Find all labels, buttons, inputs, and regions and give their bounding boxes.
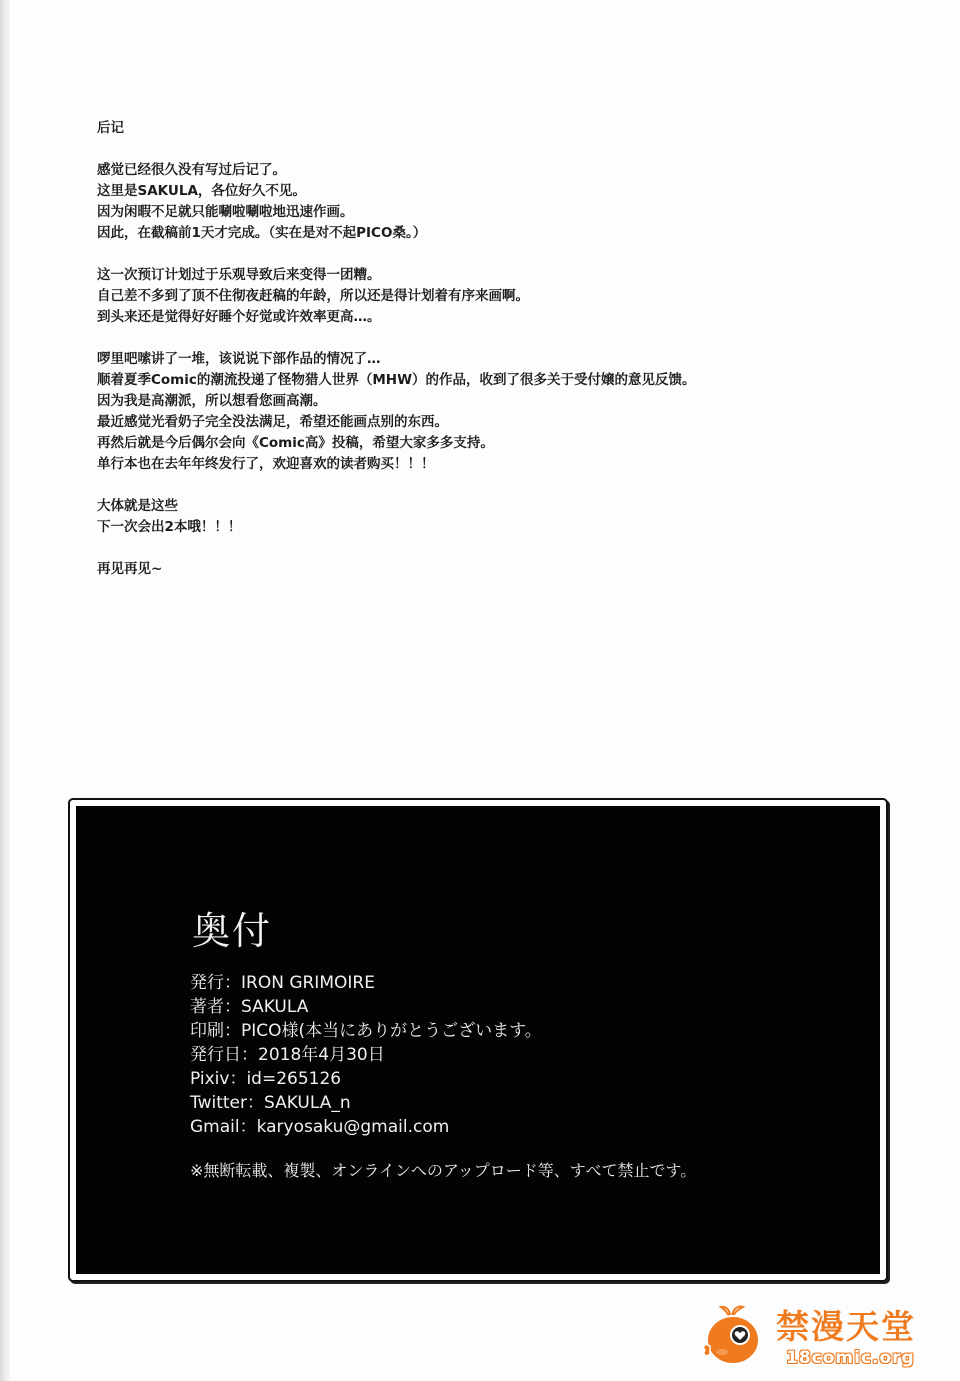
watermark-site-url: 18comic.org	[786, 1348, 915, 1368]
colophon-author: 著者：SAKULA	[190, 995, 542, 1019]
afterword-line: 因为闲暇不足就只能唰啦唰啦地迅速作画。	[97, 202, 877, 223]
site-watermark: 禁漫天堂 18comic.org	[700, 1302, 930, 1372]
afterword-line: 感觉已经很久没有写过后记了。	[97, 160, 877, 181]
afterword-line: 啰里吧嗦讲了一堆，该说说下部作品的情况了…	[97, 349, 877, 370]
afterword-line: 这里是SAKULA，各位好久不见。	[97, 181, 877, 202]
colophon-box: 奥付 発行：IRON GRIMOIRE 著者：SAKULA 印刷：PICO様(本…	[68, 798, 888, 1282]
afterword-line: 下一次会出2本哦！！！	[97, 517, 877, 538]
watermark-site-name: 禁漫天堂	[776, 1308, 916, 1346]
afterword-line: 自己差不多到了顶不住彻夜赶稿的年龄，所以还是得计划着有序来画啊。	[97, 286, 877, 307]
colophon-pixiv: Pixiv：id=265126	[190, 1067, 542, 1091]
colophon-publish-date: 発行日：2018年4月30日	[190, 1043, 542, 1067]
afterword-paragraph: 这一次预订计划过于乐观导致后来变得一团糟。 自己差不多到了顶不住彻夜赶稿的年龄，…	[97, 265, 877, 328]
afterword-line: 再然后就是今后偶尔会向《Comic高》投稿，希望大家多多支持。	[97, 433, 877, 454]
afterword-paragraph: 感觉已经很久没有写过后记了。 这里是SAKULA，各位好久不见。 因为闲暇不足就…	[97, 160, 877, 244]
colophon-publisher: 発行：IRON GRIMOIRE	[190, 971, 542, 995]
afterword-line: 因此，在截稿前1天才完成。（实在是对不起PICO桑。）	[97, 223, 877, 244]
colophon-details: 発行：IRON GRIMOIRE 著者：SAKULA 印刷：PICO様(本当にあ…	[190, 971, 542, 1139]
afterword-line: 单行本也在去年年终发行了，欢迎喜欢的读者购买！！！	[97, 454, 877, 475]
colophon-gmail: Gmail：karyosaku@gmail.com	[190, 1115, 542, 1139]
afterword-line: 到头来还是觉得好好睡个好觉或许效率更高…。	[97, 307, 877, 328]
afterword-section: 后记 感觉已经很久没有写过后记了。 这里是SAKULA，各位好久不见。 因为闲暇…	[97, 118, 877, 601]
colophon-title: 奥付	[192, 909, 272, 953]
whale-mascot-icon	[700, 1302, 762, 1368]
afterword-line: 这一次预订计划过于乐观导致后来变得一团糟。	[97, 265, 877, 286]
afterword-line: 顺着夏季Comic的潮流投递了怪物猎人世界（MHW）的作品，收到了很多关于受付嬢…	[97, 370, 877, 391]
afterword-line: 最近感觉光看奶子完全没法满足，希望还能画点别的东西。	[97, 412, 877, 433]
colophon-twitter: Twitter：SAKULA_n	[190, 1091, 542, 1115]
copyright-notice: ※無断転載、複製、オンラインへのアップロード等、すべて禁止です。	[190, 1160, 696, 1182]
afterword-line: 因为我是高潮派，所以想看您画高潮。	[97, 391, 877, 412]
afterword-paragraph: 大体就是这些 下一次会出2本哦！！！	[97, 496, 877, 538]
afterword-paragraph: 再见再见~	[97, 559, 877, 580]
colophon-panel: 奥付 発行：IRON GRIMOIRE 著者：SAKULA 印刷：PICO様(本…	[76, 806, 880, 1274]
afterword-title: 后记	[97, 118, 877, 139]
page-binding-edge	[0, 0, 10, 1381]
colophon-printer: 印刷：PICO様(本当にありがとうございます。	[190, 1019, 542, 1043]
afterword-line: 大体就是这些	[97, 496, 877, 517]
afterword-signoff: 再见再见~	[97, 559, 877, 580]
afterword-paragraph: 啰里吧嗦讲了一堆，该说说下部作品的情况了… 顺着夏季Comic的潮流投递了怪物猎…	[97, 349, 877, 475]
